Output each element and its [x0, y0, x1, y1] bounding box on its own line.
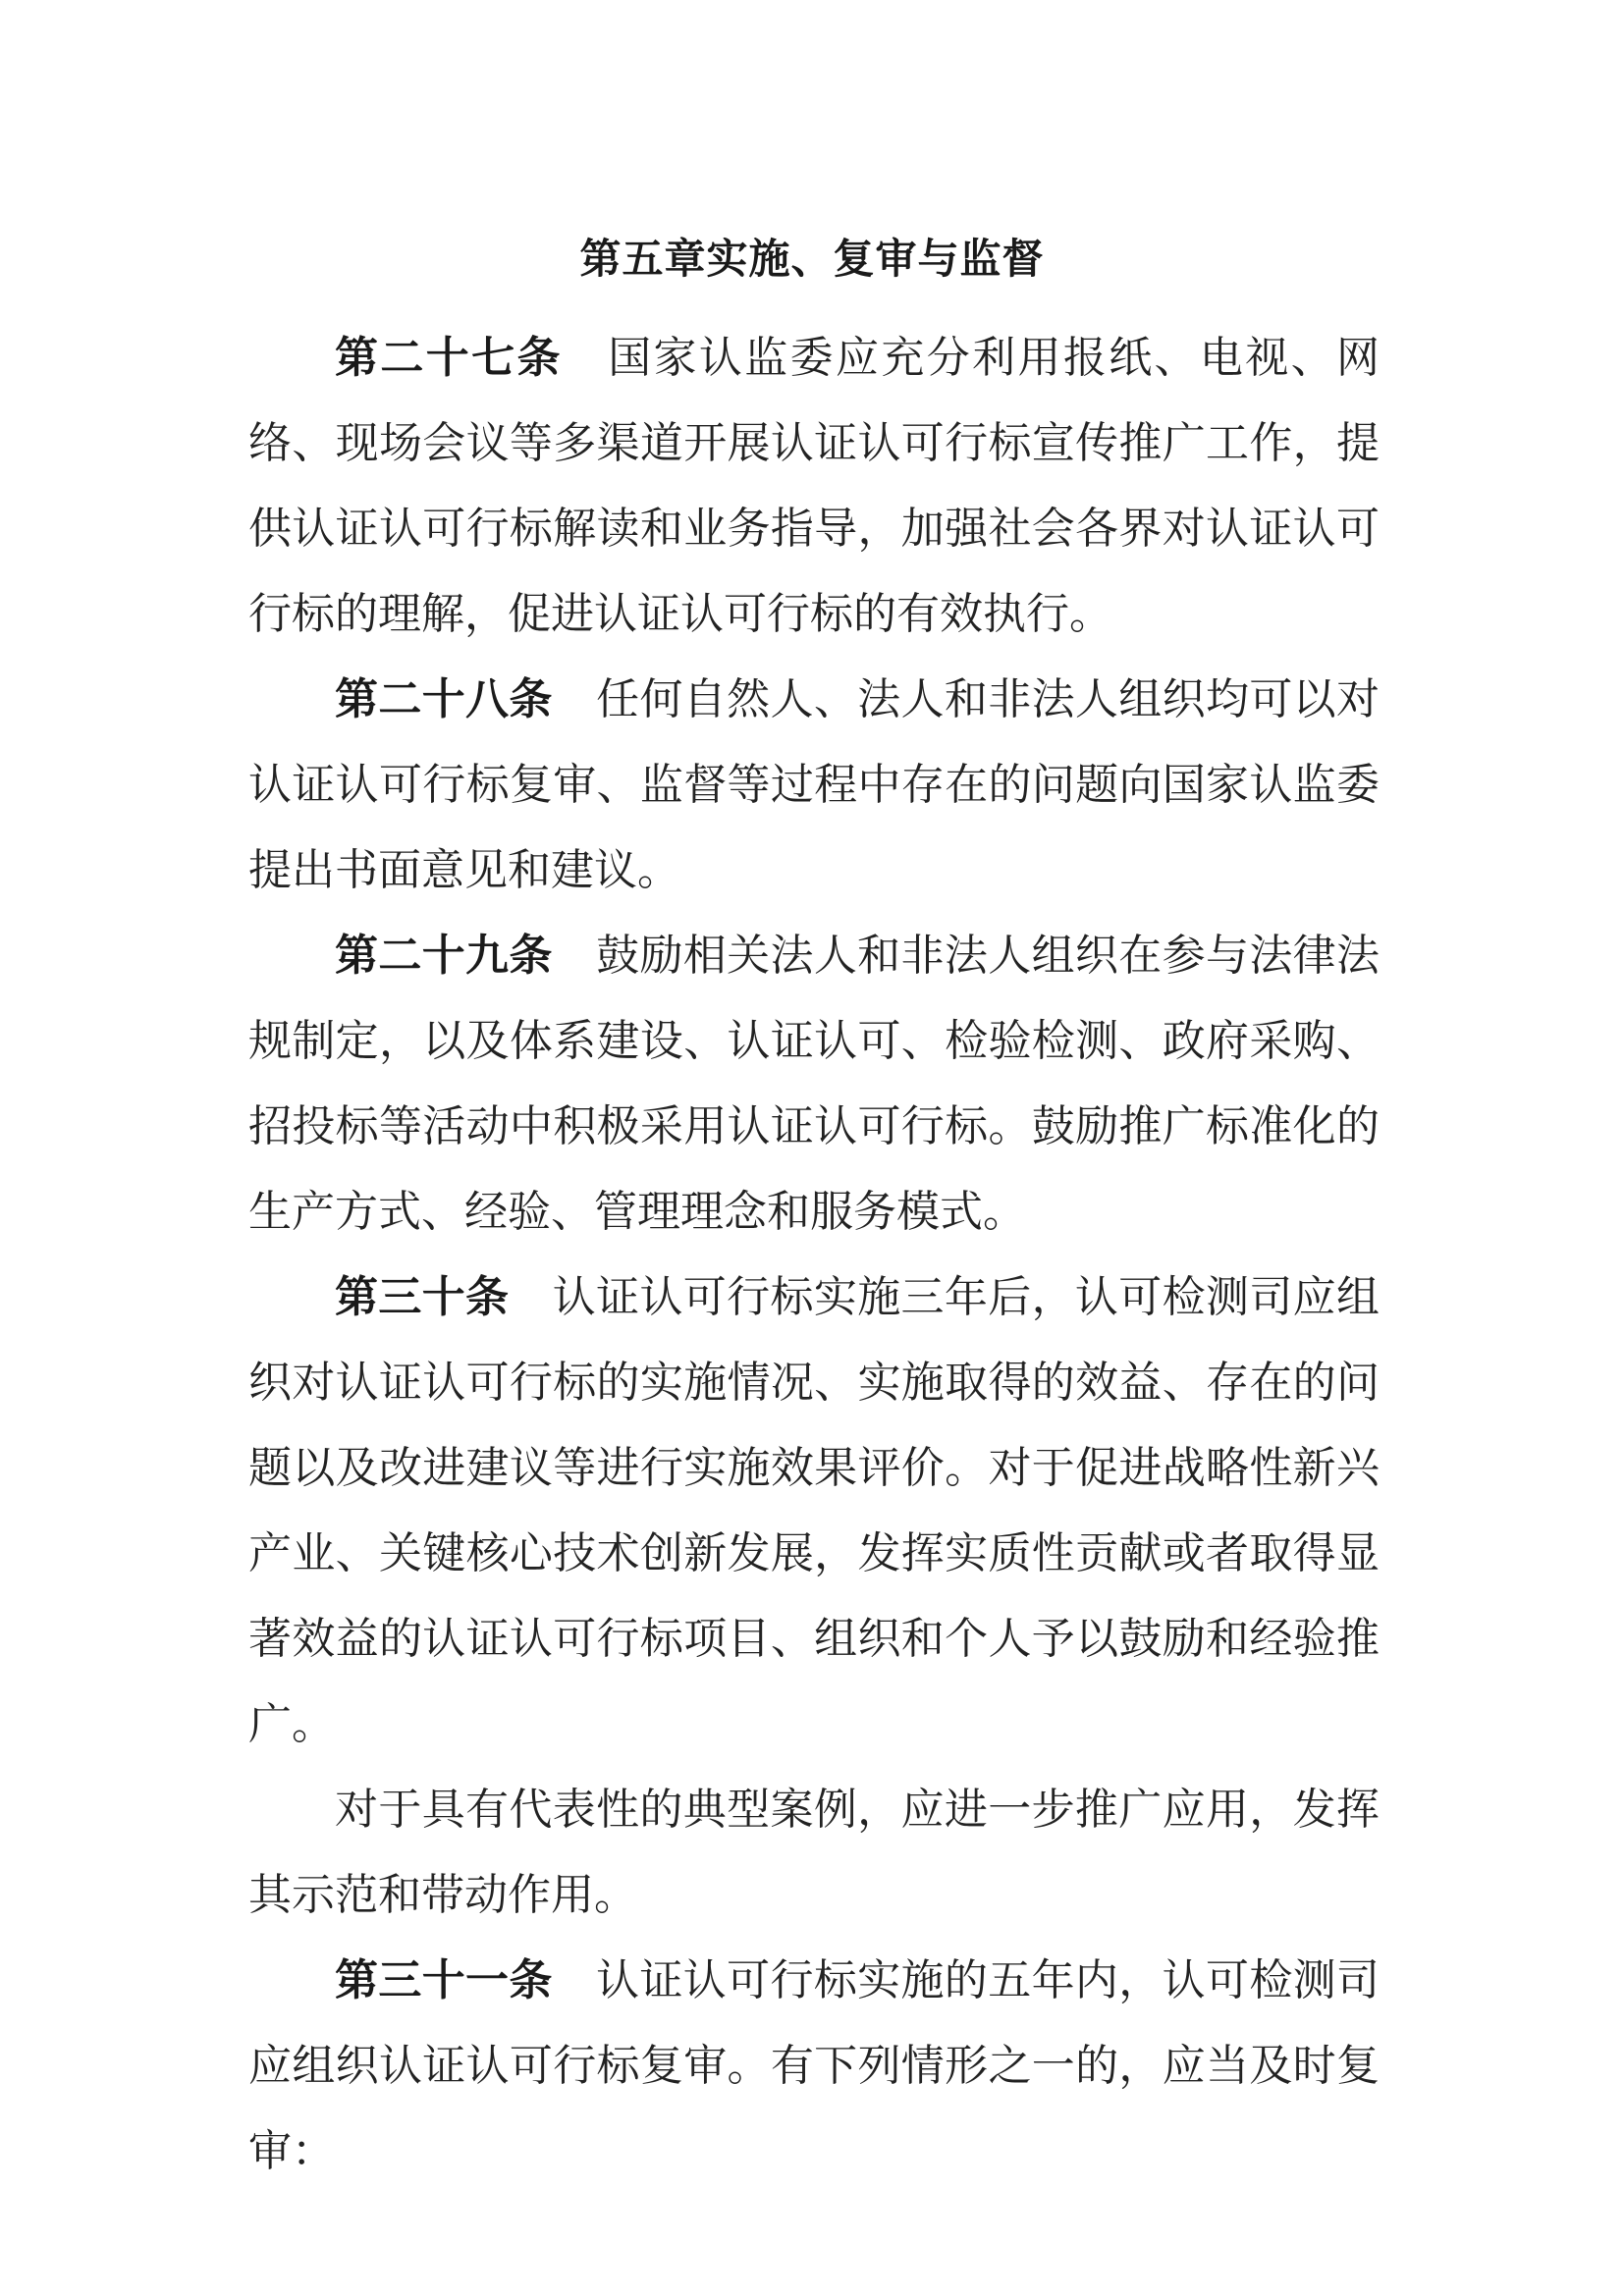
article-text: 认证认可行标实施三年后，认可检测司应组织对认证认可行标的实施情况、实施取得的效益… [248, 1272, 1380, 1749]
article-31-paragraph: 第三十一条认证认可行标实施的五年内，认可检测司应组织认证认可行标复审。有下列情形… [248, 1938, 1380, 2194]
article-27-paragraph: 第二十七条国家认监委应充分利用报纸、电视、网络、现场会议等多渠道开展认证认可行标… [248, 315, 1380, 657]
article-number: 第二十七条 [335, 333, 563, 383]
article-number: 第三十一条 [335, 1955, 553, 2005]
article-number: 第二十八条 [335, 674, 553, 724]
document-body: 第二十七条国家认监委应充分利用报纸、电视、网络、现场会议等多渠道开展认证认可行标… [248, 315, 1380, 2194]
document-page: 第五章实施、复审与监督 第二十七条国家认监委应充分利用报纸、电视、网络、现场会议… [0, 0, 1624, 2296]
article-30-continuation-paragraph: 对于具有代表性的典型案例，应进一步推广应用，发挥其示范和带动作用。 [248, 1767, 1380, 1938]
article-29-paragraph: 第二十九条鼓励相关法人和非法人组织在参与法律法规制定，以及体系建设、认证认可、检… [248, 913, 1380, 1255]
article-30-paragraph: 第三十条认证认可行标实施三年后，认可检测司应组织对认证认可行标的实施情况、实施取… [248, 1255, 1380, 1767]
article-28-paragraph: 第二十八条任何自然人、法人和非法人组织均可以对认证认可行标复审、监督等过程中存在… [248, 657, 1380, 913]
chapter-title: 第五章实施、复审与监督 [0, 228, 1624, 291]
article-number: 第三十条 [335, 1272, 509, 1322]
paragraph-text: 对于具有代表性的典型案例，应进一步推广应用，发挥其示范和带动作用。 [248, 1785, 1380, 1920]
article-number: 第二十九条 [335, 931, 553, 981]
